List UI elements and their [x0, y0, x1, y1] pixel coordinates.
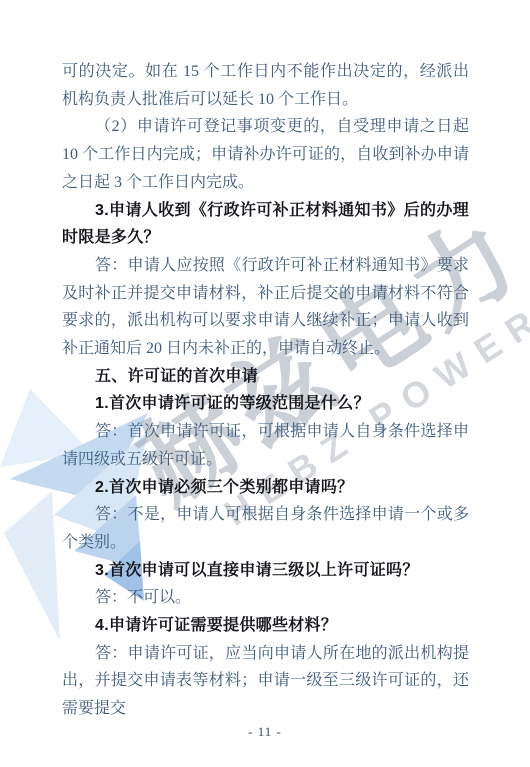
- question-heading: 3.申请人收到《行政许可补正材料通知书》后的办理时限是多久？: [62, 197, 469, 252]
- question-heading: 3.首次申请可以直接申请三级以上许可证吗？: [62, 557, 469, 585]
- paragraph: 答：首次申请许可证，可根据申请人自身条件选择申请四级或五级许可证。: [62, 418, 469, 473]
- question-heading: 五、许可证的首次申请: [62, 363, 469, 391]
- logo-sliver-bottom: [4, 491, 60, 641]
- paragraph: 答：不是，申请人可根据自身条件选择申请一个或多个类别。: [62, 501, 469, 556]
- paragraph: 答：不可以。: [62, 584, 469, 612]
- paragraph: 答：申请人应按照《行政许可补正材料通知书》要求及时补正并提交申请材料，补正后提交…: [62, 252, 469, 363]
- question-heading: 1.首次申请许可证的等级范围是什么？: [62, 390, 469, 418]
- question-heading: 2.首次申请必须三个类别都申请吗？: [62, 474, 469, 502]
- document-body: 可的决定。如在 15 个工作日内不能作出决定的，经派出机构负责人批准后可以延长 …: [62, 58, 469, 723]
- paragraph: 可的决定。如在 15 个工作日内不能作出决定的，经派出机构负责人批准后可以延长 …: [62, 58, 469, 113]
- page-number: - 11 -: [0, 724, 530, 740]
- question-heading: 4.申请许可证需要提供哪些材料？: [62, 612, 469, 640]
- paragraph: 答：申请许可证，应当向申请人所在地的派出机构提出，并提交申请表等材料；申请一级至…: [62, 640, 469, 723]
- document-page: { "page": { "background": "#ffffff", "bo…: [0, 0, 530, 767]
- paragraph: （2）申请许可登记事项变更的，自受理申请之日起 10 个工作日内完成；申请补办许…: [62, 113, 469, 196]
